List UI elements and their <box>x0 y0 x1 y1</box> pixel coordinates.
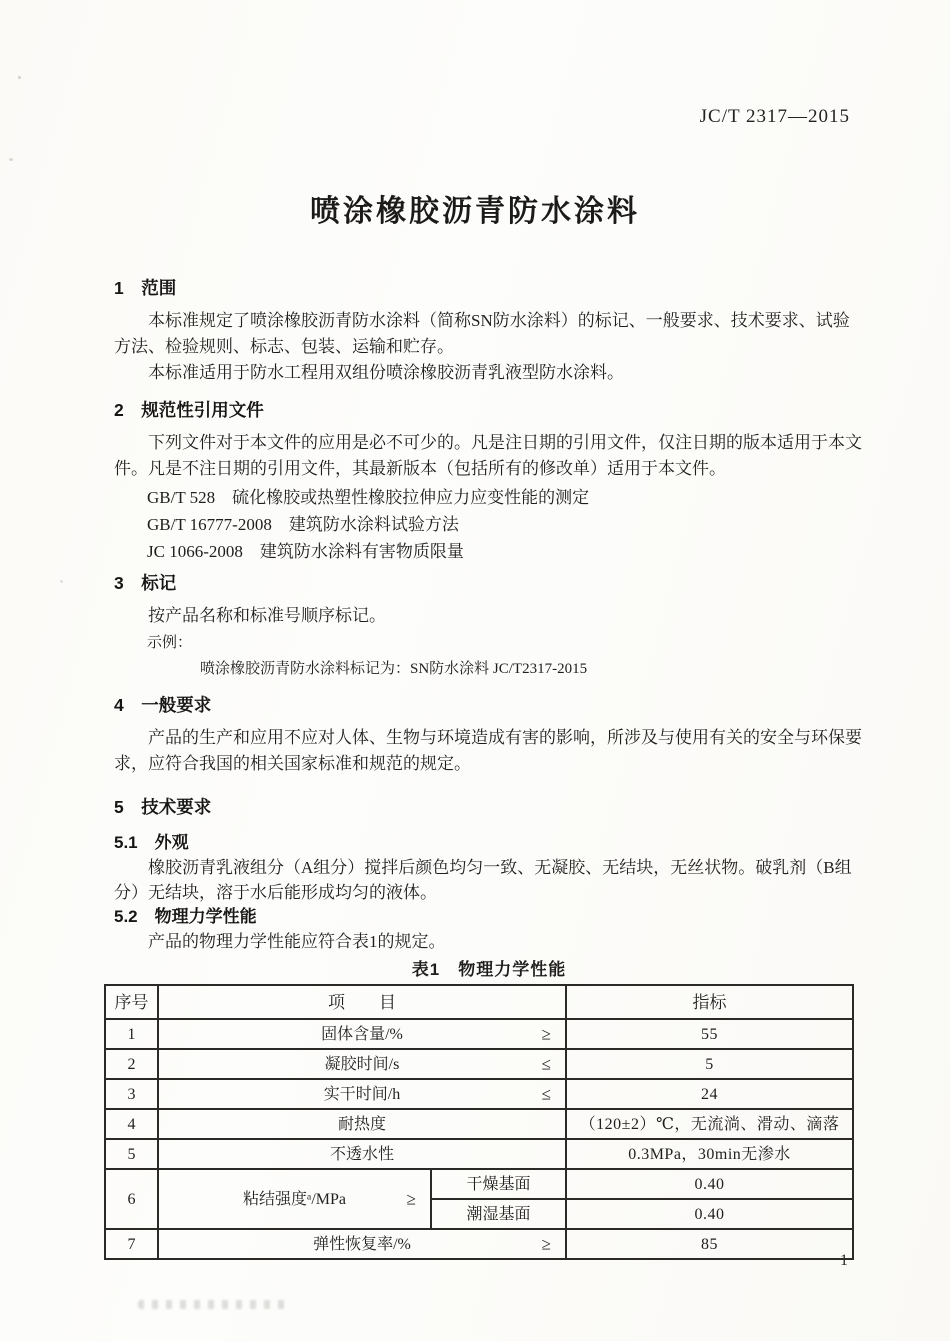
comparison-symbol: ≥ <box>542 1024 551 1045</box>
sub-row-value: 0.40 <box>566 1169 853 1199</box>
section-3-paragraph-1: 按产品名称和标准号顺序标记。 <box>114 603 864 629</box>
comparison-symbol: ≥ <box>407 1189 416 1210</box>
item-text: 耐热度 <box>338 1116 386 1133</box>
example-text: 喷涂橡胶沥青防水涂料标记为：SN防水涂料 JC/T2317-2015 <box>114 657 864 681</box>
table-1-physical-mechanical-properties: 序号 项 目 指标 1 固体含量/% ≥ 55 2 凝胶时间/s <box>104 984 854 1260</box>
row-value: 24 <box>566 1079 853 1109</box>
row-no: 3 <box>105 1079 158 1109</box>
sub-row-label: 潮湿基面 <box>431 1199 566 1229</box>
table-row: 4 耐热度 （120±2）℃，无流淌、滑动、滴落 <box>105 1109 853 1139</box>
comparison-symbol: ≤ <box>542 1084 551 1105</box>
item-text: 弹性恢复率/% <box>313 1236 411 1253</box>
document-title: 喷涂橡胶沥青防水涂料 <box>0 186 950 230</box>
comparison-symbol: ≤ <box>542 1054 551 1075</box>
table-row: 6 粘结强度ᵃ/MPa ≥ 干燥基面 0.40 <box>105 1169 853 1199</box>
section-5-1-paragraph: 橡胶沥青乳液组分（A组分）搅拌后颜色均匀一致、无凝胶、无结块，无丝状物。破乳剂（… <box>114 855 864 905</box>
comparison-symbol: ≥ <box>542 1234 551 1255</box>
page-number: 1 <box>840 1252 848 1270</box>
row-item: 耐热度 <box>158 1109 566 1139</box>
scan-artifact <box>9 158 13 161</box>
row-no: 4 <box>105 1109 158 1139</box>
table-1-caption: 表1 物理力学性能 <box>114 959 864 981</box>
table-row: 1 固体含量/% ≥ 55 <box>105 1019 853 1049</box>
section-2-heading: 2 规范性引用文件 <box>114 398 864 422</box>
item-text: 实干时间/h <box>324 1086 400 1103</box>
item-text: 凝胶时间/s <box>325 1056 400 1073</box>
section-3-heading: 3 标记 <box>114 571 864 595</box>
row-item: 弹性恢复率/% ≥ <box>158 1229 566 1259</box>
scan-artifact <box>138 1300 288 1309</box>
section-1-paragraph-2: 本标准适用于防水工程用双组份喷涂橡胶沥青乳液型防水涂料。 <box>114 360 864 386</box>
section-1-paragraph-1: 本标准规定了喷涂橡胶沥青防水涂料（简称SN防水涂料）的标记、一般要求、技术要求、… <box>114 308 864 360</box>
document-page: JC/T 2317—2015 喷涂橡胶沥青防水涂料 1 范围 本标准规定了喷涂橡… <box>0 0 950 1341</box>
row-value: 0.3MPa，30min无渗水 <box>566 1139 853 1169</box>
section-5-2-paragraph: 产品的物理力学性能应符合表1的规定。 <box>114 929 864 955</box>
normative-reference: GB/T 528 硫化橡胶或热塑性橡胶拉伸应力应变性能的测定 <box>114 484 864 511</box>
row-item: 固体含量/% ≥ <box>158 1019 566 1049</box>
row-item: 粘结强度ᵃ/MPa ≥ <box>158 1169 431 1229</box>
header-cell-item: 项 目 <box>158 985 566 1019</box>
row-item: 不透水性 <box>158 1139 566 1169</box>
row-item: 实干时间/h ≤ <box>158 1079 566 1109</box>
section-4-paragraph-1: 产品的生产和应用不应对人体、生物与环境造成有害的影响，所涉及与使用有关的安全与环… <box>114 725 864 777</box>
row-no: 1 <box>105 1019 158 1049</box>
row-value: 85 <box>566 1229 853 1259</box>
item-text: 固体含量/% <box>321 1026 403 1043</box>
row-value: 5 <box>566 1049 853 1079</box>
row-no: 5 <box>105 1139 158 1169</box>
header-cell-index: 指标 <box>566 985 853 1019</box>
row-value: （120±2）℃，无流淌、滑动、滴落 <box>566 1109 853 1139</box>
example-label: 示例： <box>114 631 864 655</box>
row-item: 凝胶时间/s ≤ <box>158 1049 566 1079</box>
table-row: 7 弹性恢复率/% ≥ 85 <box>105 1229 853 1259</box>
table-header-row: 序号 项 目 指标 <box>105 985 853 1019</box>
item-text: 粘结强度ᵃ/MPa <box>243 1191 346 1208</box>
section-2-paragraph-1: 下列文件对于本文件的应用是必不可少的。凡是注日期的引用文件，仅注日期的版本适用于… <box>114 430 864 482</box>
section-4-heading: 4 一般要求 <box>114 693 864 717</box>
item-text: 不透水性 <box>330 1146 394 1163</box>
table-row: 2 凝胶时间/s ≤ 5 <box>105 1049 853 1079</box>
table-row: 3 实干时间/h ≤ 24 <box>105 1079 853 1109</box>
row-no: 6 <box>105 1169 158 1229</box>
document-body: 1 范围 本标准规定了喷涂橡胶沥青防水涂料（简称SN防水涂料）的标记、一般要求、… <box>114 270 864 1260</box>
table-row: 5 不透水性 0.3MPa，30min无渗水 <box>105 1139 853 1169</box>
normative-reference: GB/T 16777-2008 建筑防水涂料试验方法 <box>114 511 864 538</box>
normative-reference: JC 1066-2008 建筑防水涂料有害物质限量 <box>114 538 864 565</box>
header-cell-no: 序号 <box>105 985 158 1019</box>
scan-artifact <box>60 580 63 583</box>
scan-artifact <box>18 76 21 79</box>
row-no: 2 <box>105 1049 158 1079</box>
standard-number: JC/T 2317—2015 <box>700 106 850 128</box>
section-5-1-heading: 5.1 外观 <box>114 831 864 855</box>
row-value: 55 <box>566 1019 853 1049</box>
section-1-heading: 1 范围 <box>114 276 864 300</box>
section-5-heading: 5 技术要求 <box>114 795 864 819</box>
sub-row-value: 0.40 <box>566 1199 853 1229</box>
sub-row-label: 干燥基面 <box>431 1169 566 1199</box>
section-5-2-heading: 5.2 物理力学性能 <box>114 905 864 929</box>
row-no: 7 <box>105 1229 158 1259</box>
